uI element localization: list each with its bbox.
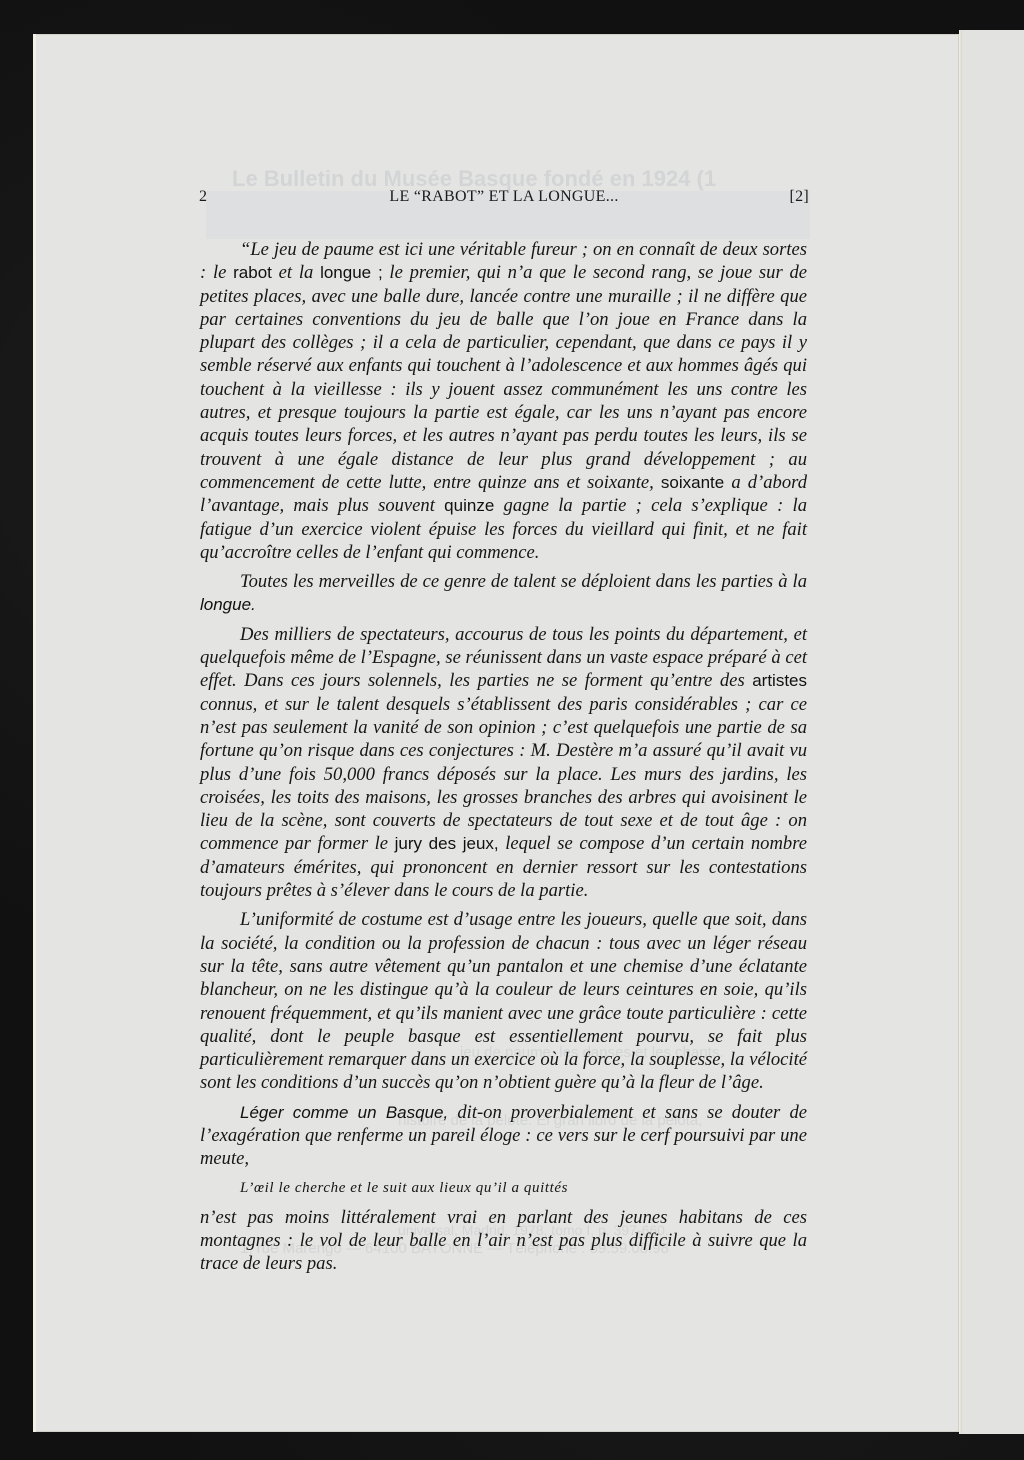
emphasized-term: rabot xyxy=(233,263,272,282)
closing-paragraph: n’est pas moins littéralement vrai en pa… xyxy=(200,1206,807,1276)
emphasized-term: soixante xyxy=(661,473,724,492)
book-gutter xyxy=(959,30,962,1434)
emphasized-term: quinze xyxy=(444,496,494,515)
paragraph-3: Des milliers de spectateurs, accourus de… xyxy=(200,623,807,903)
text-run: L’uniformité de costume est d’usage entr… xyxy=(200,909,807,1093)
body-text: “Le jeu de paume est ici une véritable f… xyxy=(200,238,807,1282)
bracketed-page-number: [2] xyxy=(789,188,809,206)
text-run: et la xyxy=(272,262,320,283)
emphasized-term: Léger comme un Basque, xyxy=(240,1103,448,1122)
running-title: LE “RABOT” ET LA LONGUE... xyxy=(199,188,809,206)
text-run: connus, et sur le talent desquels s’étab… xyxy=(200,694,807,855)
paragraph-2: Toutes les merveilles de ce genre de tal… xyxy=(200,570,807,617)
verse-quotation: L’œil le cherche et le suit aux lieux qu… xyxy=(200,1177,807,1200)
emphasized-term: jury des jeux, xyxy=(395,834,499,853)
emphasized-term: longue ; xyxy=(320,263,383,282)
text-run: Toutes les merveilles de ce genre de tal… xyxy=(240,571,807,592)
emphasized-term: artistes xyxy=(752,671,807,690)
emphasized-term: longue. xyxy=(200,595,256,614)
page-edge xyxy=(33,34,36,1432)
text-run: le premier, qui n’a que le second rang, … xyxy=(200,262,807,493)
facing-page-edge xyxy=(962,30,1024,1434)
paragraph-5: Léger comme un Basque, dit-on proverbial… xyxy=(200,1101,807,1171)
paragraph-4: L’uniformité de costume est d’usage entr… xyxy=(200,908,807,1094)
paragraph-1: “Le jeu de paume est ici une véritable f… xyxy=(200,238,807,564)
text-run: Des milliers de spectateurs, accourus de… xyxy=(200,624,807,692)
